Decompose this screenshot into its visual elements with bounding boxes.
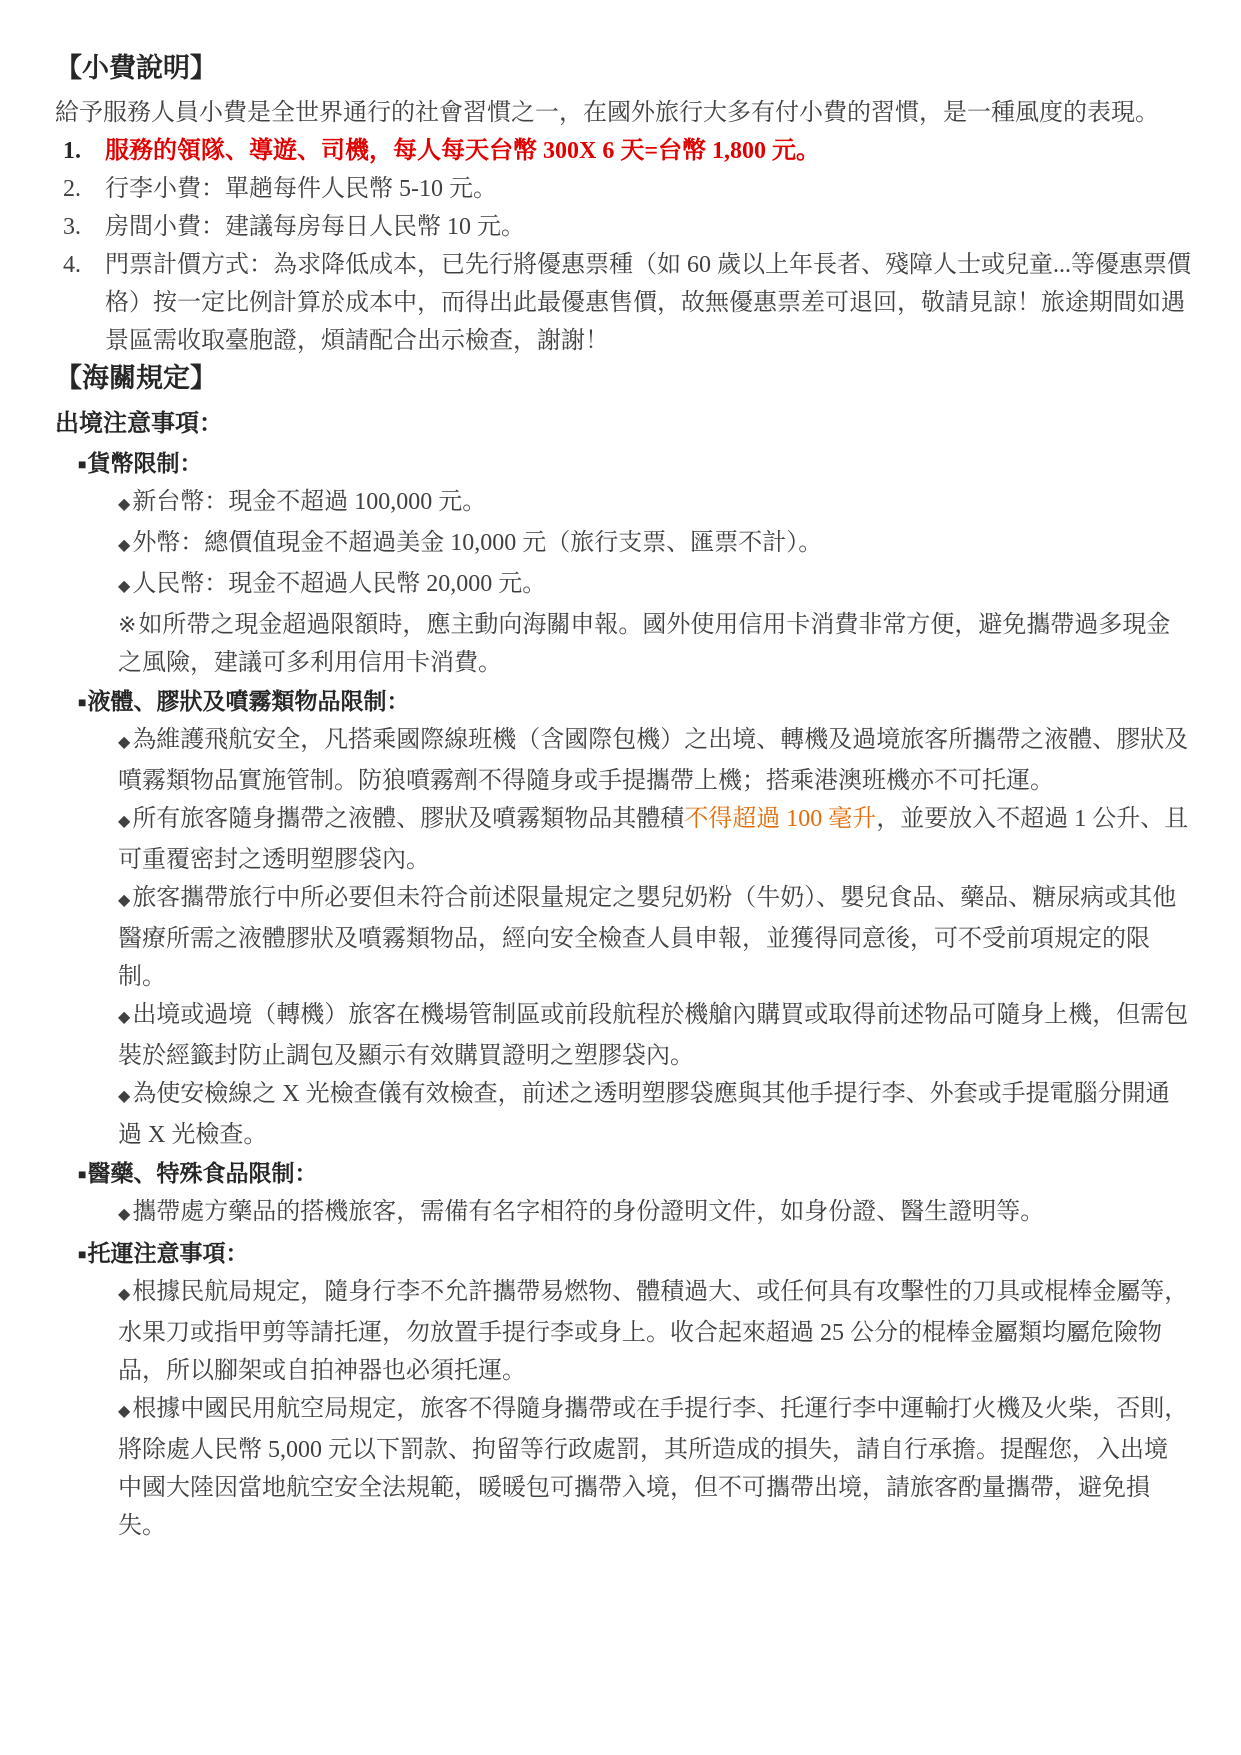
bullet-item: ◆外幣：總價值現金不超過美金 10,000 元（旅行支票、匯票不計）。 — [55, 524, 1191, 565]
bullet-item: ※如所帶之現金超過限額時，應主動向海關申報。國外使用信用卡消費非常方便，避免攜帶… — [55, 606, 1191, 682]
tip-item: 1. 服務的領隊、導遊、司機，每人每天台幣 300X 6 天=台幣 1,800 … — [63, 132, 1191, 170]
diamond-bullet-icon: ◆ — [118, 1088, 130, 1105]
square-bullet-icon: ■ — [78, 456, 86, 472]
tip-number: 1. — [63, 132, 105, 170]
diamond-bullet-icon: ◆ — [118, 892, 130, 909]
diamond-bullet-icon: ◆ — [118, 1206, 130, 1223]
square-bullet-icon: ■ — [78, 1246, 86, 1262]
diamond-bullet-icon: ◆ — [118, 578, 130, 595]
bullet-text: 外幣：總價值現金不超過美金 10,000 元（旅行支票、匯票不計）。 — [132, 530, 822, 556]
tip-item: 4. 門票計價方式：為求降低成本，已先行將優惠票種（如 60 歲以上年長者、殘障… — [63, 246, 1191, 360]
section-title-text: 托運注意事項： — [87, 1240, 248, 1266]
section-title-medicine: ■醫藥、特殊食品限制： — [55, 1154, 1191, 1193]
bullet-item: ◆根據中國民用航空局規定，旅客不得隨身攜帶或在手提行李、托運行李中運輸打火機及火… — [55, 1390, 1191, 1545]
tip-text: 門票計價方式：為求降低成本，已先行將優惠票種（如 60 歲以上年長者、殘障人士或… — [105, 246, 1191, 360]
bullet-text: 出境或過境（轉機）旅客在機場管制區或前段航程於機艙內購買或取得前述物品可隨身上機… — [118, 1002, 1188, 1069]
bullet-text: 攜帶處方藥品的搭機旅客，需備有名字相符的身份證明文件，如身份證、醫生證明等。 — [132, 1199, 1044, 1225]
bullet-item: ◆為維護飛航安全，凡搭乘國際線班機（含國際包機）之出境、轉機及過境旅客所攜帶之液… — [55, 721, 1191, 800]
bullet-text: 根據民航局規定，隨身行李不允許攜帶易燃物、體積過大、或任何具有攻擊性的刀具或棍棒… — [118, 1279, 1188, 1384]
section-title-checked-baggage: ■托運注意事項： — [55, 1234, 1191, 1273]
diamond-bullet-icon: ◆ — [118, 1286, 130, 1303]
tip-item: 3. 房間小費：建議每房每日人民幣 10 元。 — [63, 208, 1191, 246]
diamond-bullet-icon: ◆ — [118, 496, 130, 513]
diamond-bullet-icon: ◆ — [118, 537, 130, 554]
bullet-text: 根據中國民用航空局規定，旅客不得隨身攜帶或在手提行李、托運行李中運輸打火機及火柴… — [118, 1396, 1188, 1539]
tip-text: 服務的領隊、導遊、司機，每人每天台幣 300X 6 天=台幣 1,800 元。 — [105, 132, 1191, 170]
bullet-item: ◆人民幣：現金不超過人民幣 20,000 元。 — [55, 565, 1191, 606]
bullet-text: 為使安檢線之 X 光檢查儀有效檢查，前述之透明塑膠袋應與其他手提行李、外套或手提… — [118, 1081, 1170, 1148]
tip-text: 行李小費：單趟每件人民幣 5-10 元。 — [105, 170, 1191, 208]
bullet-item: ◆攜帶處方藥品的搭機旅客，需備有名字相符的身份證明文件，如身份證、醫生證明等。 — [55, 1193, 1191, 1234]
reference-mark-icon: ※ — [118, 612, 136, 637]
highlight-text: 不得超過 100 毫升 — [684, 806, 876, 832]
bullet-item: ◆旅客攜帶旅行中所必要但未符合前述限量規定之嬰兒奶粉（牛奶）、嬰兒食品、藥品、糖… — [55, 879, 1191, 996]
bullet-text: 如所帶之現金超過限額時，應主動向海關申報。國外使用信用卡消費非常方便，避免攜帶過… — [118, 612, 1170, 676]
tip-text: 房間小費：建議每房每日人民幣 10 元。 — [105, 208, 1191, 246]
tip-number: 2. — [63, 170, 105, 208]
bullet-text: 旅客攜帶旅行中所必要但未符合前述限量規定之嬰兒奶粉（牛奶）、嬰兒食品、藥品、糖尿… — [118, 885, 1176, 990]
section-title-text: 貨幣限制： — [87, 450, 202, 476]
bullet-text: 為維護飛航安全，凡搭乘國際線班機（含國際包機）之出境、轉機及過境旅客所攜帶之液體… — [118, 727, 1188, 794]
tip-number: 3. — [63, 208, 105, 246]
diamond-bullet-icon: ◆ — [118, 813, 130, 830]
bullet-item: ◆所有旅客隨身攜帶之液體、膠狀及噴霧類物品其體積不得超過 100 毫升，並要放入… — [55, 800, 1191, 879]
bullet-item: ◆為使安檢線之 X 光檢查儀有效檢查，前述之透明塑膠袋應與其他手提行李、外套或手… — [55, 1075, 1191, 1154]
tips-intro: 給予服務人員小費是全世界通行的社會習慣之一，在國外旅行大多有付小費的習慣，是一種… — [55, 94, 1191, 132]
tip-item: 2. 行李小費：單趟每件人民幣 5-10 元。 — [63, 170, 1191, 208]
customs-subheading: 出境注意事項： — [55, 404, 1191, 444]
bullet-text: 人民幣：現金不超過人民幣 20,000 元。 — [132, 571, 546, 597]
section-title-currency: ■貨幣限制： — [55, 444, 1191, 483]
bullet-item: ◆出境或過境（轉機）旅客在機場管制區或前段航程於機艙內購買或取得前述物品可隨身上… — [55, 996, 1191, 1075]
tips-list: 1. 服務的領隊、導遊、司機，每人每天台幣 300X 6 天=台幣 1,800 … — [55, 132, 1191, 360]
diamond-bullet-icon: ◆ — [118, 734, 130, 751]
tip-number: 4. — [63, 246, 105, 360]
bullet-text: 所有旅客隨身攜帶之液體、膠狀及噴霧類物品其體積 — [132, 806, 684, 832]
document-page: 【小費說明】 給予服務人員小費是全世界通行的社會習慣之一，在國外旅行大多有付小費… — [0, 0, 1241, 1545]
section-title-text: 液體、膠狀及噴霧類物品限制： — [87, 688, 409, 714]
tips-heading: 【小費說明】 — [55, 50, 1191, 86]
bullet-text: 新台幣：現金不超過 100,000 元。 — [132, 489, 486, 515]
diamond-bullet-icon: ◆ — [118, 1009, 130, 1026]
section-title-liquids: ■液體、膠狀及噴霧類物品限制： — [55, 682, 1191, 721]
section-title-text: 醫藥、特殊食品限制： — [87, 1160, 317, 1186]
square-bullet-icon: ■ — [78, 694, 86, 710]
customs-heading: 【海關規定】 — [55, 360, 1191, 396]
bullet-item: ◆根據民航局規定，隨身行李不允許攜帶易燃物、體積過大、或任何具有攻擊性的刀具或棍… — [55, 1273, 1191, 1390]
square-bullet-icon: ■ — [78, 1166, 86, 1182]
diamond-bullet-icon: ◆ — [118, 1403, 130, 1420]
bullet-item: ◆新台幣：現金不超過 100,000 元。 — [55, 483, 1191, 524]
